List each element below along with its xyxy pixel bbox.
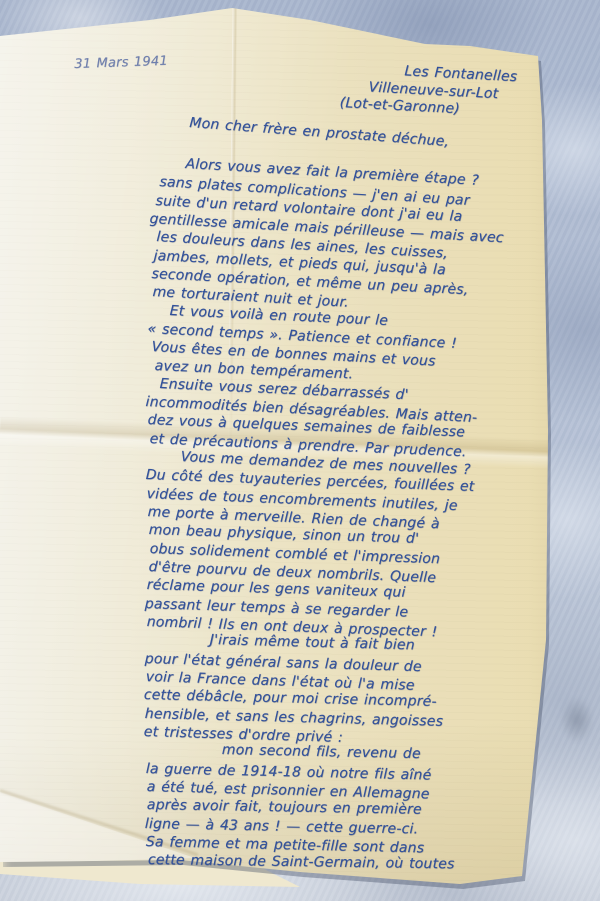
letter-address: Les Fontanelles Villeneuve-sur-Lot (Lot-… xyxy=(339,60,471,119)
letter-photo: 31 Mars 1941 Les Fontanelles Villeneuve-… xyxy=(0,0,600,901)
background-stain xyxy=(554,688,600,752)
